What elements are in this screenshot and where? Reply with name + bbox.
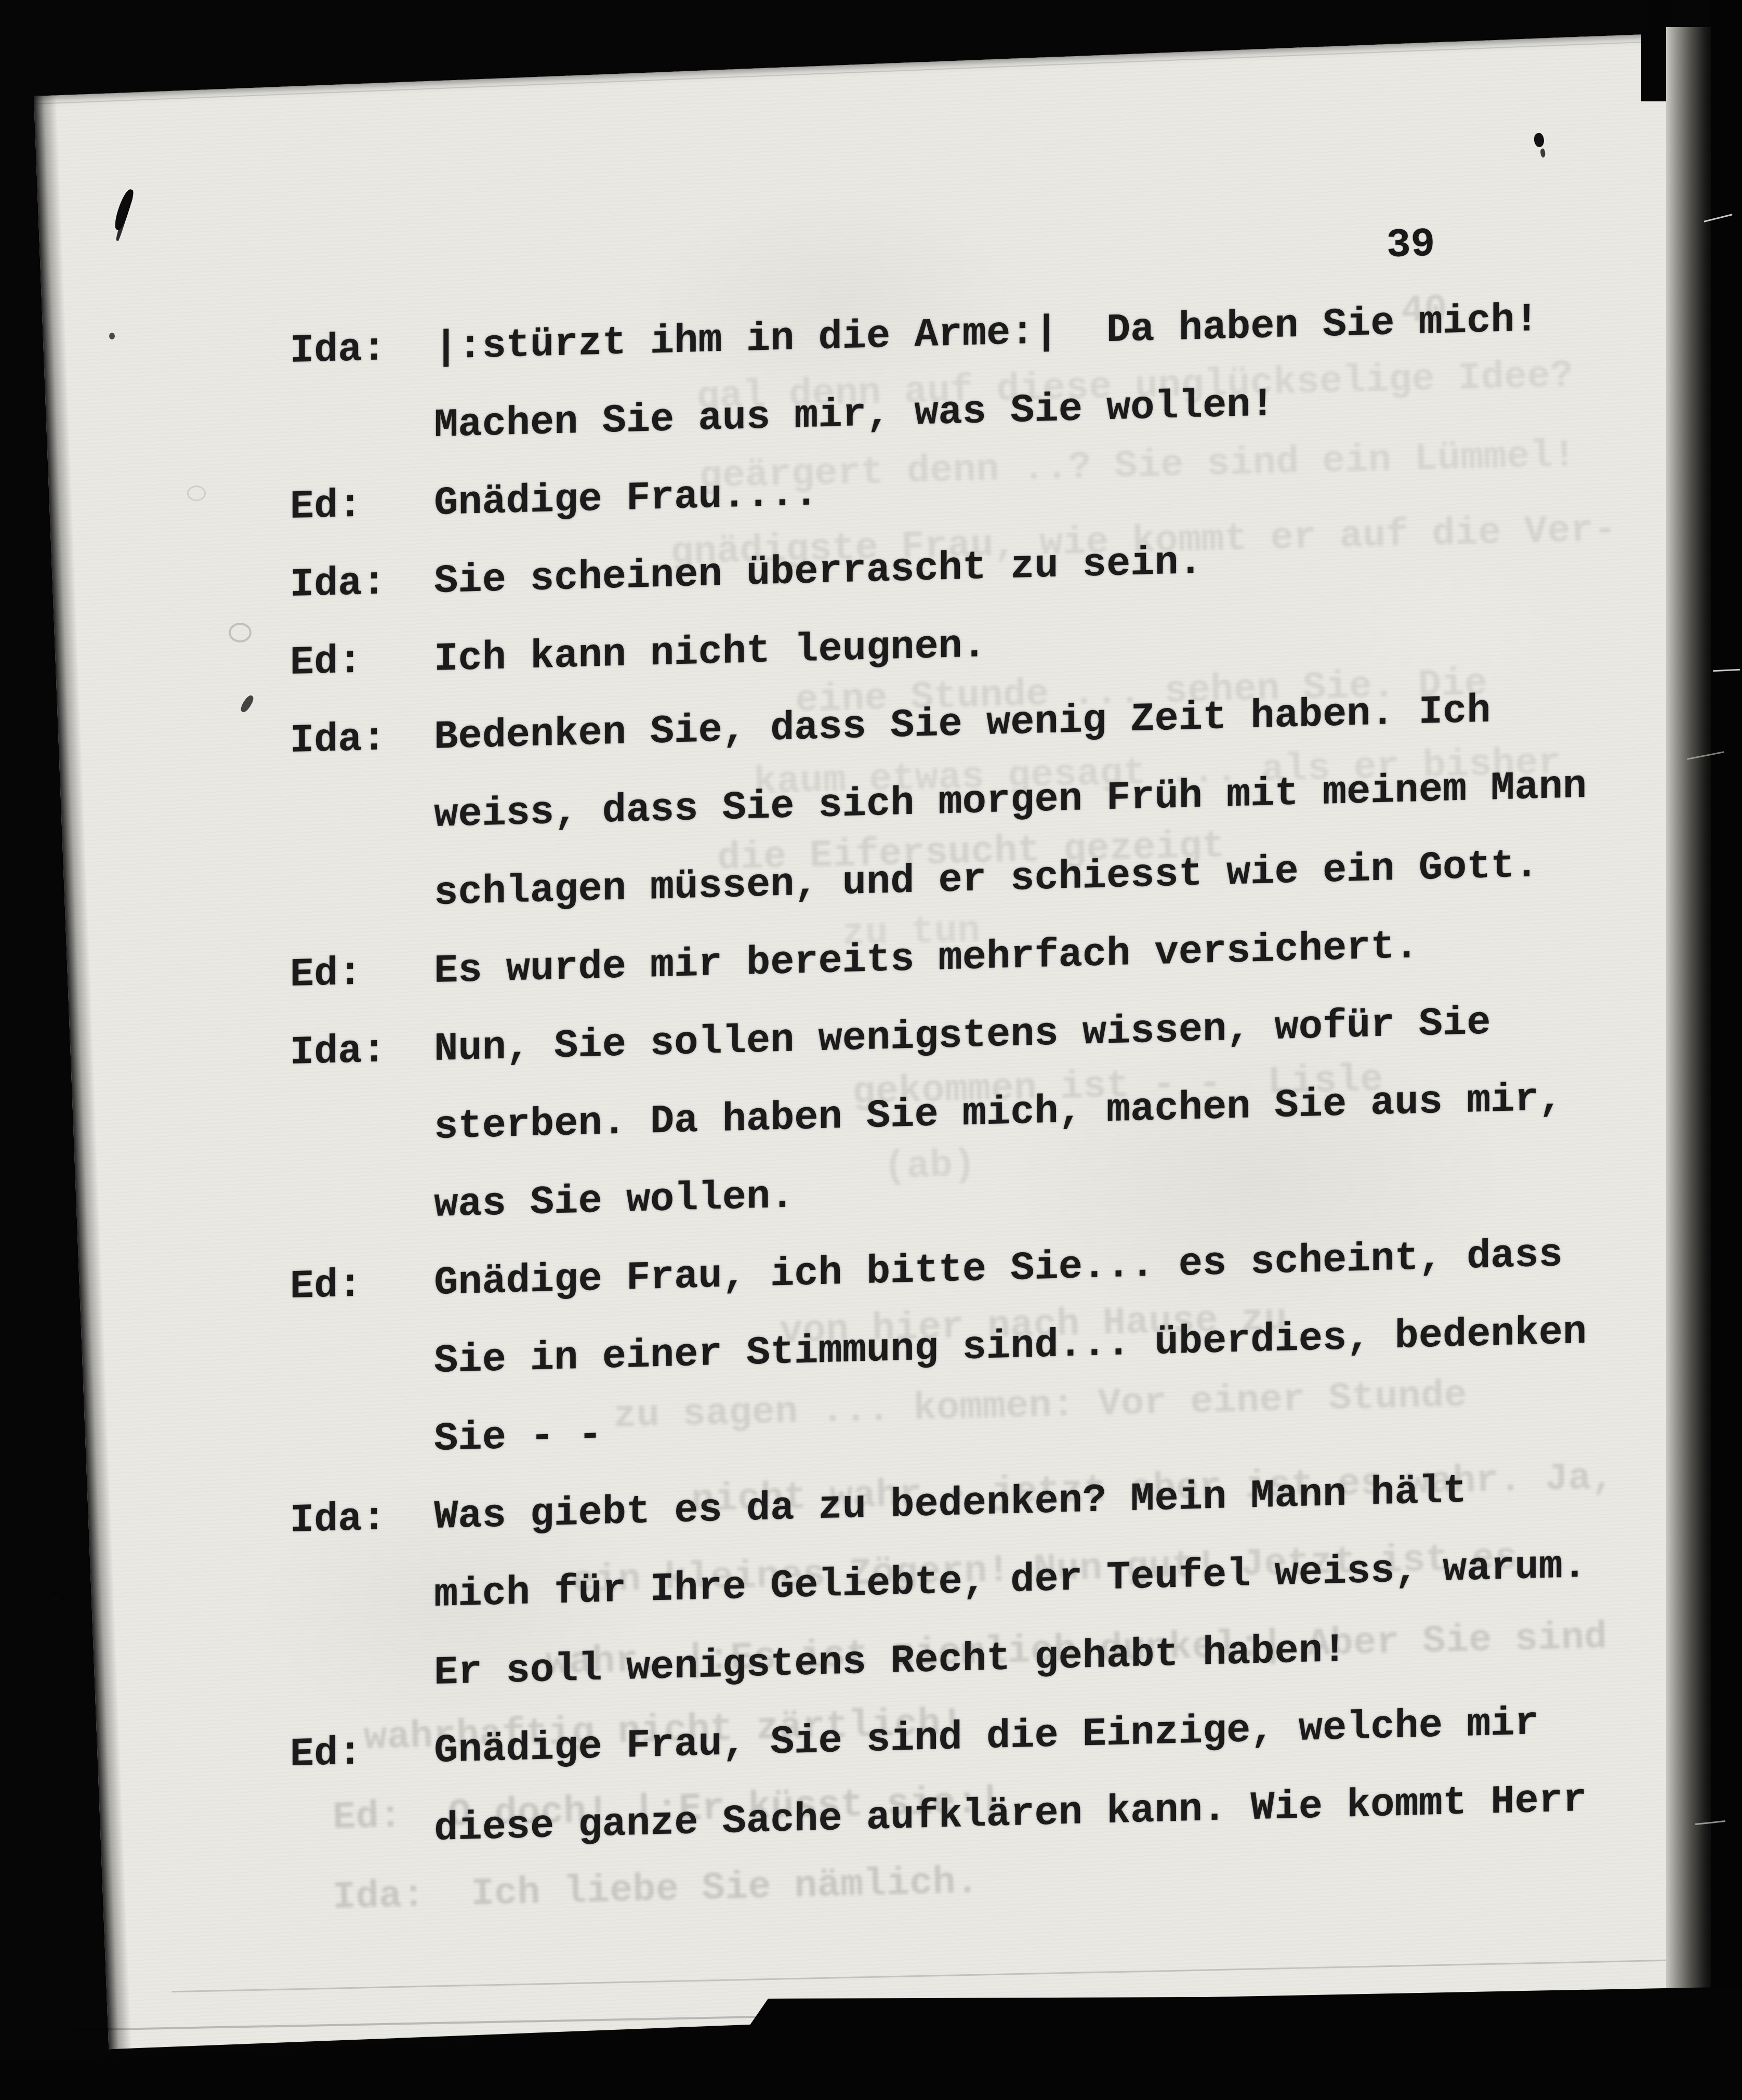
page-top-crease [34, 41, 1675, 104]
scanned-document-photo: { "page": { "number": "39", "ghost_numbe… [0, 0, 1742, 2100]
line-text: Was giebt es da zu bedenken? Mein Mann h… [434, 1469, 1467, 1540]
line-text: |:stürzt ihm in die Arme:| Da haben Sie … [434, 297, 1539, 371]
line-text: schlagen müssen, und er schiesst wie ein… [434, 843, 1539, 916]
speaker-label [290, 1606, 434, 1609]
speaker-label [290, 1372, 434, 1375]
speaker-label: Ed: [290, 933, 434, 1015]
line-text: Machen Sie aus mir, was Sie wollen! [434, 382, 1274, 449]
speaker-label [290, 826, 434, 830]
speaker-label: Ed: [290, 1245, 434, 1327]
line-text: Es wurde mir bereits mehrfach versichert… [434, 924, 1419, 994]
speaker-label [290, 1138, 434, 1141]
ink-dot-mark [109, 333, 115, 339]
speaker-label: Ida: [290, 1011, 434, 1093]
line-text: Sie scheinen überrascht zu sein. [434, 540, 1203, 605]
speaker-label: Ida: [290, 309, 434, 391]
line-text: Er soll wenigstens Recht gehabt haben! [434, 1628, 1347, 1696]
speaker-label: Ida: [290, 543, 434, 625]
speckle-cluster [52, 1592, 55, 1595]
line-text: diese ganze Sache aufklären kann. Wie ko… [434, 1778, 1587, 1852]
speaker-label [290, 436, 434, 440]
speaker-label: Ida: [290, 1479, 434, 1560]
page-stack-edge [1666, 27, 1716, 2002]
line-text: Bedenken Sie, dass Sie wenig Zeit haben.… [434, 689, 1490, 760]
page-left-edge-shadow [34, 95, 131, 2049]
line-text: Gnädige Frau.... [434, 471, 818, 527]
speaker-label: Ed: [290, 1713, 434, 1794]
speaker-label: Ed: [290, 465, 434, 547]
scan-border-right [1711, 0, 1742, 2100]
line-text: was Sie wollen. [434, 1174, 794, 1228]
line-text: weiss, dass Sie sich morgen Früh mit mei… [434, 764, 1587, 838]
smudge-ring-faint [187, 485, 206, 501]
line-text: Sie - - [434, 1413, 602, 1462]
speaker-label: Ed: [290, 621, 434, 703]
speaker-label [290, 1450, 434, 1453]
line-text: Sie in einer Stimmung sind... überdies, … [434, 1310, 1587, 1384]
page-number: 39 [1386, 222, 1436, 269]
line-text: sterben. Da haben Sie mich, machen Sie a… [434, 1077, 1563, 1150]
speaker-label [290, 1840, 434, 1843]
speaker-label: Ida: [290, 699, 434, 781]
dialogue-text: Ida:|:stürzt ihm in die Arme:| Da haben … [290, 279, 1620, 1872]
line-text: Ich kann nicht leugnen. [434, 623, 986, 682]
speaker-label [290, 904, 434, 908]
line-text: Nun, Sie sollen wenigstens wissen, wofür… [434, 1001, 1490, 1072]
speaker-label [290, 1684, 434, 1687]
speaker-label [290, 1216, 434, 1219]
line-text: mich für Ihre Geliebte, der Teufel weiss… [434, 1544, 1587, 1618]
line-text: Gnädige Frau, ich bitte Sie... es schein… [434, 1232, 1563, 1306]
smudge-ring [229, 623, 252, 642]
line-text: Gnädige Frau, Sie sind die Einzige, welc… [434, 1701, 1539, 1774]
